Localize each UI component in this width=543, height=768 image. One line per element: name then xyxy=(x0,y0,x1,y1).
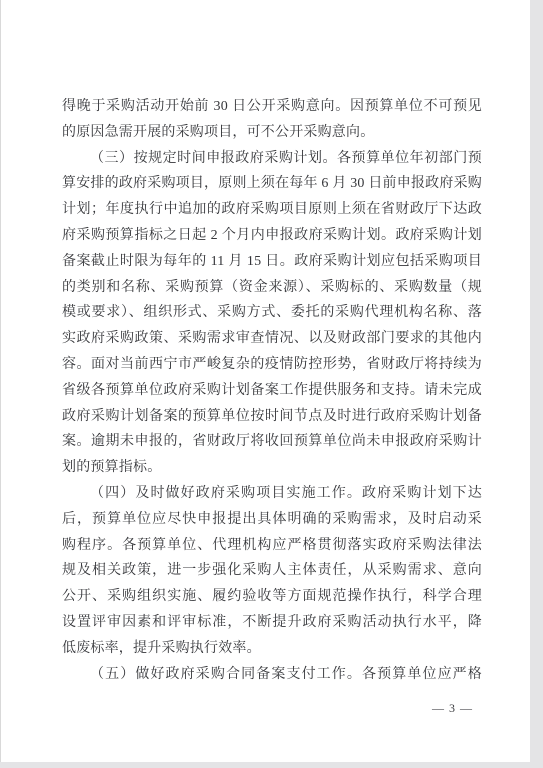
text-line: 府采购预算指标之日起 2 个月内申报政府采购计划。政府采购计划 xyxy=(62,223,482,249)
text-line: 规及相关政策，进一步强化采购人主体责任，从采购需求、意向 xyxy=(62,558,482,584)
text-line: 模或要求）、组织形式、采购方式、委托的采购代理机构名称、落 xyxy=(62,300,482,326)
viewer-background-right xyxy=(530,0,543,768)
text-line: 公开、采购组织实施、履约验收等方面规范操作执行，科学合理 xyxy=(62,584,482,610)
text-line: 政府采购计划备案的预算单位按时间节点及时进行政府采购计划备 xyxy=(62,404,482,430)
text-line: 得晚于采购活动开始前 30 日公开采购意向。因预算单位不可预见 xyxy=(62,94,482,120)
text-line: 设置评审因素和评审标准，不断提升政府采购活动执行水平，降 xyxy=(62,610,482,636)
text-line: 备案截止时限为每年的 11 月 15 日。政府采购计划应包括采购项目 xyxy=(62,249,482,275)
viewer-background-bottom xyxy=(0,762,543,768)
text-line: （三）按规定时间申报政府采购计划。各预算单位年初部门预 xyxy=(62,146,482,172)
document-body: 得晚于采购活动开始前 30 日公开采购意向。因预算单位不可预见的原因急需开展的采… xyxy=(62,94,482,687)
text-line: 实政府采购政策、采购需求审查情况、以及财政部门要求的其他内 xyxy=(62,326,482,352)
text-line: 算安排的政府采购项目，原则上须在每年 6 月 30 日前申报政府采购 xyxy=(62,171,482,197)
text-line: 划的预算指标。 xyxy=(62,455,482,481)
scanned-document-page: 得晚于采购活动开始前 30 日公开采购意向。因预算单位不可预见的原因急需开展的采… xyxy=(0,0,543,768)
text-line: 低废标率，提升采购执行效率。 xyxy=(62,636,482,662)
page-left-edge xyxy=(0,0,1,768)
text-line: 后，预算单位应尽快申报提出具体明确的采购需求，及时启动采 xyxy=(62,507,482,533)
text-line: 的原因急需开展的采购项目，可不公开采购意向。 xyxy=(62,120,482,146)
text-line: （五）做好政府采购合同备案支付工作。各预算单位应严格 xyxy=(62,662,482,688)
text-line: 计划；年度执行中追加的政府采购项目原则上须在省财政厅下达政 xyxy=(62,197,482,223)
text-line: （四）及时做好政府采购项目实施工作。政府采购计划下达 xyxy=(62,481,482,507)
text-line: 的类别和名称、采购预算（资金来源）、采购标的、采购数量（规 xyxy=(62,275,482,301)
text-line: 省级各预算单位政府采购计划备案工作提供服务和支持。请未完成 xyxy=(62,378,482,404)
text-line: 案。逾期未申报的，省财政厅将收回预算单位尚未申报政府采购计 xyxy=(62,429,482,455)
page-number: — 3 — xyxy=(432,701,473,715)
text-line: 容。面对当前西宁市严峻复杂的疫情防控形势，省财政厅将持续为 xyxy=(62,352,482,378)
text-line: 购程序。各预算单位、代理机构应严格贯彻落实政府采购法律法 xyxy=(62,533,482,559)
